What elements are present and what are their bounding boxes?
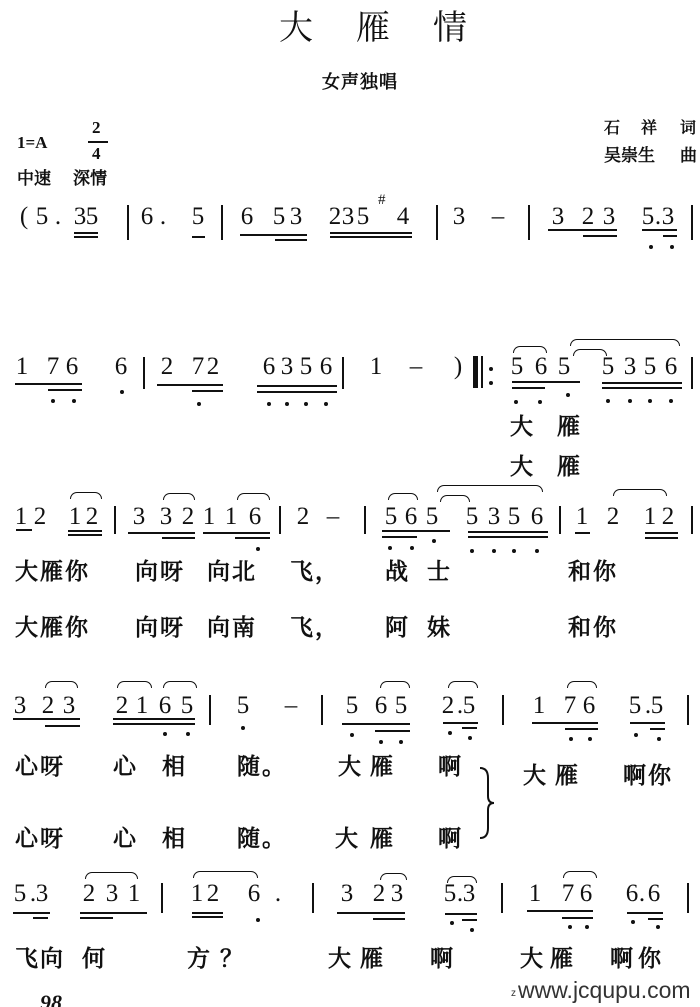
underline xyxy=(74,232,98,234)
lyric: 心呀 xyxy=(15,756,65,779)
note: 7 xyxy=(561,881,575,906)
note: 3 xyxy=(13,693,27,718)
underline xyxy=(382,530,450,532)
extension-dash: – xyxy=(491,204,505,229)
underline xyxy=(33,917,48,919)
lyric: 雁 xyxy=(360,948,385,971)
underline xyxy=(583,235,617,237)
low-octave-dot xyxy=(634,733,638,737)
tempo-marking: 中速 xyxy=(17,171,51,188)
underline xyxy=(627,912,663,914)
note: 7 xyxy=(46,354,60,379)
note: 6 xyxy=(534,354,548,379)
note: 5 xyxy=(345,693,359,718)
underline xyxy=(565,728,598,730)
underline xyxy=(645,537,678,539)
slur xyxy=(85,872,138,879)
note: 5 xyxy=(650,693,664,718)
low-octave-dot xyxy=(568,925,572,929)
underline xyxy=(113,723,195,725)
barline xyxy=(687,695,689,725)
underline xyxy=(602,382,682,384)
note: 1 xyxy=(15,354,29,379)
underline xyxy=(203,532,270,534)
low-octave-dot xyxy=(379,740,383,744)
low-octave-dot xyxy=(468,736,472,740)
lyric: 啊 xyxy=(438,756,463,779)
time-signature-denominator: 4 xyxy=(92,145,101,162)
low-octave-dot xyxy=(388,546,392,550)
low-octave-dot xyxy=(606,399,610,403)
slur xyxy=(447,876,477,883)
note: 6 xyxy=(404,504,418,529)
slur xyxy=(380,873,407,880)
low-octave-dot xyxy=(470,928,474,932)
lyric: 大 xyxy=(335,828,360,851)
barline xyxy=(342,357,344,389)
lyric: 雁 xyxy=(557,456,582,479)
barline xyxy=(143,357,145,389)
low-octave-dot xyxy=(197,402,201,406)
note: 1 xyxy=(369,354,383,379)
lyric: 向呀 xyxy=(135,617,185,640)
barline xyxy=(321,695,323,725)
lyric: 雁 xyxy=(550,948,575,971)
lyric: 飞， xyxy=(290,617,340,640)
underline xyxy=(192,912,223,914)
lyric: 啊 xyxy=(610,948,635,971)
underline xyxy=(240,234,307,236)
underline xyxy=(462,919,477,921)
note: 3 xyxy=(62,693,76,718)
slur xyxy=(70,492,102,499)
note: 3 xyxy=(35,881,49,906)
note: 5 xyxy=(465,504,479,529)
lyric: 向呀 xyxy=(135,561,185,584)
note: 1 xyxy=(528,881,542,906)
note: 6 xyxy=(114,354,128,379)
note: 5 xyxy=(601,354,615,379)
low-octave-dot xyxy=(186,732,190,736)
lyric: 心呀 xyxy=(15,828,65,851)
underline xyxy=(16,529,32,531)
lyric: 何 xyxy=(82,948,107,971)
slur xyxy=(448,681,478,688)
underline xyxy=(575,532,590,534)
note: 6 xyxy=(647,881,661,906)
note: 3 xyxy=(551,204,565,229)
low-octave-dot xyxy=(657,737,661,741)
barline xyxy=(559,506,561,534)
note: 1 xyxy=(202,504,216,529)
note: 6 xyxy=(140,204,154,229)
underline xyxy=(113,718,195,720)
underline xyxy=(532,722,598,724)
lyric: 心 xyxy=(113,756,138,779)
barline xyxy=(364,506,366,534)
lyric: 雁 xyxy=(370,828,395,851)
augmentation-dot: . xyxy=(271,881,285,906)
low-octave-dot xyxy=(267,402,271,406)
note: 5 xyxy=(510,354,524,379)
low-octave-dot xyxy=(535,549,539,553)
note: 5 xyxy=(356,204,370,229)
score-line-4: 3 2 3 2 1 6 5 5 – 5 6 5 2 xyxy=(0,693,700,753)
lyric: 阿 xyxy=(385,617,410,640)
slur xyxy=(563,871,597,878)
barline xyxy=(691,357,693,389)
repeat-dot xyxy=(489,381,493,385)
note: 3 xyxy=(159,504,173,529)
low-octave-dot xyxy=(256,547,260,551)
low-octave-dot xyxy=(656,925,660,929)
lyric-shared: 大 xyxy=(523,765,548,788)
note: 6 xyxy=(158,693,172,718)
slur xyxy=(45,681,78,688)
note: 1 xyxy=(68,504,82,529)
underline xyxy=(235,537,270,539)
note: 5 xyxy=(299,354,313,379)
lyric: 方 xyxy=(187,948,212,971)
sharp-sign: # xyxy=(378,193,386,208)
note: 5 xyxy=(628,693,642,718)
lyric-shared: 啊你 xyxy=(623,765,673,788)
composer-role: 曲 xyxy=(680,148,697,165)
note: 2 xyxy=(85,504,99,529)
underline xyxy=(45,725,80,727)
underline xyxy=(548,229,617,231)
note: 1 xyxy=(190,881,204,906)
note: 2 xyxy=(206,881,220,906)
expression-marking: 深情 xyxy=(73,171,107,188)
page-number: 98 xyxy=(40,992,62,1007)
note: 5 xyxy=(425,504,439,529)
underline xyxy=(192,236,205,238)
note: 5 xyxy=(13,881,27,906)
song-title: 大雁情 xyxy=(279,11,510,45)
low-octave-dot xyxy=(432,539,436,543)
note: 3 xyxy=(661,204,675,229)
lyric: 大 xyxy=(338,756,363,779)
low-octave-dot xyxy=(51,399,55,403)
note: 6 xyxy=(247,881,261,906)
song-subtitle: 女声独唱 xyxy=(322,74,398,92)
lyric: 随。 xyxy=(237,828,287,851)
note: 3 xyxy=(132,504,146,529)
lyric: 心 xyxy=(113,828,138,851)
slur xyxy=(380,681,410,688)
note: 3 xyxy=(462,881,476,906)
note: 5 xyxy=(35,204,49,229)
verse-brace-icon xyxy=(478,766,496,840)
barline xyxy=(502,695,504,725)
note: 6 xyxy=(240,204,254,229)
note: 2 xyxy=(372,881,386,906)
repeat-thin-bar xyxy=(481,356,483,388)
underline xyxy=(645,532,678,534)
lyric: 向南 xyxy=(207,617,257,640)
note: 5 xyxy=(384,504,398,529)
underline xyxy=(275,239,307,241)
note: 6 xyxy=(65,354,79,379)
note: 5 xyxy=(85,204,99,229)
lyric: 飞向 xyxy=(15,948,65,971)
underline xyxy=(192,916,223,918)
low-octave-dot xyxy=(649,245,653,249)
low-octave-dot xyxy=(514,400,518,404)
slur xyxy=(570,339,680,346)
note: 3 xyxy=(602,204,616,229)
note: 2 xyxy=(206,354,220,379)
slur xyxy=(117,681,152,688)
underline xyxy=(663,235,677,237)
lyric: 大 xyxy=(510,456,535,479)
barline xyxy=(312,883,314,913)
low-octave-dot xyxy=(72,399,76,403)
low-octave-dot xyxy=(120,390,124,394)
low-octave-dot xyxy=(566,393,570,397)
underline xyxy=(192,390,223,392)
barline xyxy=(687,883,689,913)
note: 3 xyxy=(289,204,303,229)
extension-dash: – xyxy=(284,693,298,718)
slur xyxy=(237,493,270,500)
note: 2 xyxy=(181,504,195,529)
time-signature-bar xyxy=(88,141,108,143)
slur xyxy=(567,681,597,688)
underline xyxy=(512,381,580,383)
note: 3 xyxy=(340,881,354,906)
low-octave-dot xyxy=(628,399,632,403)
tie xyxy=(573,349,607,356)
low-octave-dot xyxy=(588,737,592,741)
lyric: 大 xyxy=(520,948,545,971)
note: 6 xyxy=(530,504,544,529)
score-line-5: 5 . 3 2 3 1 1 2 6 . 3 2 3 5 xyxy=(0,881,700,941)
slur xyxy=(163,681,197,688)
note: 6 xyxy=(664,354,678,379)
note: 2 xyxy=(160,354,174,379)
underline xyxy=(257,391,337,393)
note: 1 xyxy=(14,504,28,529)
note: 4 xyxy=(396,204,410,229)
composer-name: 吴崇生 xyxy=(604,148,655,165)
underline xyxy=(445,913,477,915)
lyric: 相 xyxy=(162,756,187,779)
barline xyxy=(221,205,223,240)
note: 3 xyxy=(452,204,466,229)
note: 7 xyxy=(563,693,577,718)
note: 3 xyxy=(105,881,119,906)
underline xyxy=(462,727,477,729)
slur xyxy=(613,489,667,496)
low-octave-dot xyxy=(585,925,589,929)
barline xyxy=(161,883,163,913)
note: 5 xyxy=(191,204,205,229)
note: 1 xyxy=(575,504,589,529)
score-line-1: ( 5 . 3 5 6 . 5 6 5 3 2 3 5 # 4 xyxy=(0,204,700,264)
note: 5 xyxy=(236,693,250,718)
underline xyxy=(468,536,548,538)
lyric: 你 xyxy=(638,948,663,971)
lyric: 战 xyxy=(385,561,410,584)
low-octave-dot xyxy=(631,920,635,924)
low-octave-dot xyxy=(163,732,167,736)
underline xyxy=(650,728,665,730)
lyric: 士 xyxy=(427,561,452,584)
repeat-thick-bar xyxy=(473,356,478,388)
barline xyxy=(691,506,693,534)
note: 3 xyxy=(390,881,404,906)
barline xyxy=(691,205,693,240)
barline xyxy=(127,205,129,240)
underline xyxy=(13,718,80,720)
low-octave-dot xyxy=(448,731,452,735)
underline xyxy=(527,910,593,912)
lyric: 和你 xyxy=(568,617,618,640)
underline xyxy=(512,387,545,389)
slur xyxy=(437,485,543,492)
note: 1 xyxy=(643,504,657,529)
underline xyxy=(157,384,223,386)
lyric: 大雁你 xyxy=(15,561,90,584)
lyricist-name: 石祥 xyxy=(604,119,678,136)
watermark-prefix: z xyxy=(511,989,516,999)
note: 6 xyxy=(582,693,596,718)
underline xyxy=(74,236,98,238)
lyric: 大 xyxy=(510,416,535,439)
key-signature: 1=A xyxy=(17,134,47,151)
note: 2 xyxy=(661,504,675,529)
underline xyxy=(602,387,682,389)
low-octave-dot xyxy=(470,549,474,553)
lyric: ？ xyxy=(220,948,245,971)
low-octave-dot xyxy=(241,726,245,730)
underline xyxy=(257,385,337,387)
lyric: 妹 xyxy=(427,617,452,640)
lyric: 大 xyxy=(328,948,353,971)
underline xyxy=(68,534,102,536)
note: 2 xyxy=(33,504,47,529)
underline xyxy=(642,229,677,231)
note: 5 xyxy=(557,354,571,379)
note: 6 xyxy=(374,693,388,718)
low-octave-dot xyxy=(648,399,652,403)
augmentation-dot: . xyxy=(51,204,65,229)
underline xyxy=(162,537,195,539)
note: 2 xyxy=(115,693,129,718)
score-page: 大雁情 女声独唱 1=A 2 4 中速 深情 石祥 词 吴崇生 曲 ( 5 . … xyxy=(0,0,700,1007)
low-octave-dot xyxy=(410,546,414,550)
low-octave-dot xyxy=(324,402,328,406)
lyric-shared: 雁 xyxy=(555,765,580,788)
barline xyxy=(436,205,438,240)
lyric: 飞， xyxy=(290,561,340,584)
note: 1 xyxy=(532,693,546,718)
lyric: 雁 xyxy=(557,416,582,439)
low-octave-dot xyxy=(256,918,260,922)
underline xyxy=(373,918,405,920)
barline xyxy=(279,506,281,534)
note: 1 xyxy=(127,881,141,906)
low-octave-dot xyxy=(285,402,289,406)
low-octave-dot xyxy=(669,399,673,403)
lyric: 相 xyxy=(162,828,187,851)
barline xyxy=(114,506,116,534)
underline xyxy=(342,723,410,725)
slur xyxy=(163,493,195,500)
underline xyxy=(128,532,195,534)
underline xyxy=(375,730,410,732)
watermark-url: www.jcqupu.com xyxy=(518,979,691,1002)
score-line-2: 1 7 6 6 2 7 2 6 3 5 6 xyxy=(0,354,700,414)
note: 5 xyxy=(507,504,521,529)
lyric: 大雁你 xyxy=(15,617,90,640)
note: 6 xyxy=(262,354,276,379)
note: 2 xyxy=(296,504,310,529)
slur xyxy=(193,871,258,878)
slur xyxy=(513,346,547,353)
lyric: 随。 xyxy=(237,756,287,779)
lyric: 和你 xyxy=(568,561,618,584)
underline xyxy=(13,912,50,914)
note: 3 xyxy=(280,354,294,379)
underline xyxy=(562,917,593,919)
time-signature-numerator: 2 xyxy=(92,119,101,136)
barline xyxy=(528,205,530,240)
low-octave-dot xyxy=(304,402,308,406)
slur xyxy=(388,493,418,500)
underline xyxy=(630,722,665,724)
note: 6 xyxy=(579,881,593,906)
low-octave-dot xyxy=(450,921,454,925)
tie xyxy=(440,495,470,502)
lyricist-role: 词 xyxy=(680,119,696,136)
note: 6 xyxy=(248,504,262,529)
low-octave-dot xyxy=(512,549,516,553)
note: 2 xyxy=(82,881,96,906)
underline xyxy=(68,530,102,532)
low-octave-dot xyxy=(670,245,674,249)
underline xyxy=(330,236,412,238)
note: 5 xyxy=(462,693,476,718)
note: 2 xyxy=(606,504,620,529)
note: 2 xyxy=(41,693,55,718)
low-octave-dot xyxy=(569,737,573,741)
barline xyxy=(209,695,211,725)
note: 3 xyxy=(487,504,501,529)
note: 3 xyxy=(341,204,355,229)
extension-dash: – xyxy=(326,504,340,529)
underline xyxy=(330,232,412,234)
underline xyxy=(443,722,478,724)
underline xyxy=(80,912,147,914)
augmentation-dot: . xyxy=(156,204,170,229)
underline xyxy=(15,383,82,385)
extension-dash: – xyxy=(409,354,423,379)
note: 3 xyxy=(623,354,637,379)
lyric: 啊 xyxy=(430,948,455,971)
note: 6 xyxy=(319,354,333,379)
lyric: 向北 xyxy=(207,561,257,584)
underline xyxy=(648,918,663,920)
note: 5 xyxy=(180,693,194,718)
note: 2 xyxy=(328,204,342,229)
underline xyxy=(48,389,82,391)
underline xyxy=(468,531,548,533)
score-line-3: 1 2 1 2 3 3 2 1 1 6 2 – xyxy=(0,504,700,564)
underline xyxy=(80,917,113,919)
